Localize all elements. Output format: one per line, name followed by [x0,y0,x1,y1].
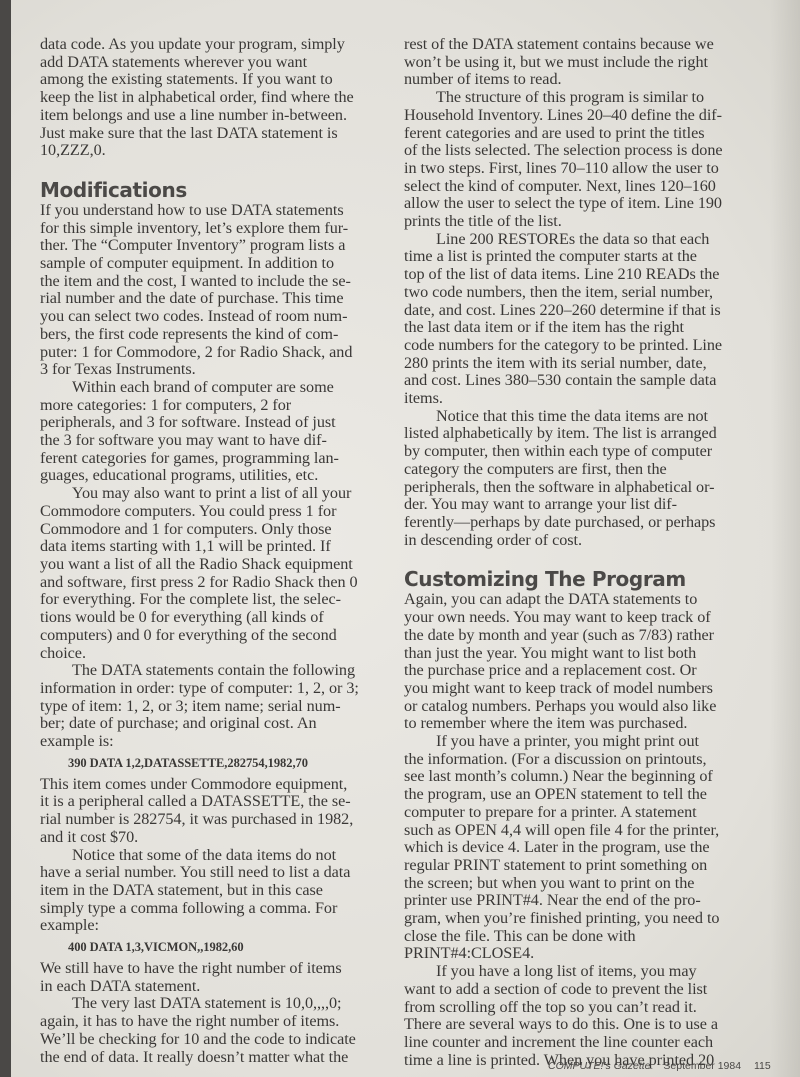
text-line: and cost. Lines 380–530 contain the samp… [404,372,756,390]
text-line: won’t be using it, but we must include t… [404,54,756,72]
text-line: guages, educational programs, utilities,… [40,467,395,485]
text-line: ber; date of purchase; and original cost… [40,715,395,733]
text-line: among the existing statements. If you wa… [40,71,395,89]
text-line: the purchase price and a replacement cos… [404,662,756,680]
text-line: the 3 for software you may want to have … [40,432,395,450]
text-line: in descending order of cost. [404,532,756,550]
text-line: such as OPEN 4,4 will open file 4 for th… [404,822,756,840]
text-line: by computer, then within each type of co… [404,443,756,461]
page-number: 115 [754,1060,771,1072]
text-line: 10,ZZZ,0. [40,142,395,160]
text-line: allow the user to select the type of ite… [404,195,756,213]
text-line: add DATA statements wherever you want [40,54,395,72]
text-line: the screen; but when you want to print o… [404,875,756,893]
text-line: If you have a long list of items, you ma… [404,963,756,981]
text-line: Commodore and 1 for computers. Only thos… [40,521,395,539]
magazine-page: data code. As you update your program, s… [0,0,800,1077]
text-line: Notice that some of the data items do no… [40,847,395,865]
text-line: Notice that this time the data items are… [404,408,756,426]
text-line: PRINT#4:CLOSE4. [404,945,756,963]
text-line: number of items to read. [404,71,756,89]
magazine-name: COMPUTE!’s Gazette [548,1060,651,1072]
text-line: top of the list of data items. Line 210 … [404,266,756,284]
text-line: choice. [40,645,395,663]
text-line: If you understand how to use DATA statem… [40,202,395,220]
text-line: two code numbers, then the item, serial … [404,284,756,302]
text-line: peripherals, then the software in alphab… [404,479,756,497]
paragraph: Again, you can adapt the DATA statements… [404,591,756,733]
text-line: rial number is 282754, it was purchased … [40,811,395,829]
text-line: If you have a printer, you might print o… [404,733,756,751]
text-line: Within each brand of computer are some [40,379,395,397]
paragraph: rest of the DATA statement contains beca… [404,36,756,89]
binding-spine-shadow [0,0,11,1077]
text-line: date, and cost. Lines 220–260 determine … [404,302,756,320]
text-line: This item comes under Commodore equipmen… [40,776,395,794]
text-line: keep the list in alphabetical order, fin… [40,89,395,107]
text-line: information in order: type of computer: … [40,680,395,698]
text-line: simply type a comma following a comma. F… [40,900,395,918]
text-line: printer use PRINT#4. Near the end of the… [404,892,756,910]
text-line: tions would be 0 for everything (all kin… [40,609,395,627]
text-line: code numbers for the category to be prin… [404,337,756,355]
paragraph: This item comes under Commodore equipmen… [40,776,395,847]
text-line: items. [404,390,756,408]
text-line: rest of the DATA statement contains beca… [404,36,756,54]
text-line: the last data item or if the item has th… [404,319,756,337]
text-line: to remember where the item was purchased… [404,715,756,733]
text-line: of the lists selected. The selection pro… [404,142,756,160]
text-line: in each DATA statement. [40,978,395,996]
text-line: have a serial number. You still need to … [40,864,395,882]
text-line: The very last DATA statement is 10,0,,,,… [40,995,395,1013]
text-line: bers, the first code represents the kind… [40,326,395,344]
text-line: item belongs and use a line number in-be… [40,107,395,125]
text-line: type of item: 1, 2, or 3; item name; ser… [40,698,395,716]
text-line: line counter and increment the line coun… [404,1034,756,1052]
paragraph: Notice that some of the data items do no… [40,847,395,936]
section-heading-modifications: Modifications [40,178,395,202]
text-line: want to add a section of code to prevent… [404,981,756,999]
code-example-vicmon: 400 DATA 1,3,VICMON,,1982,60 [40,939,395,956]
text-line: We’ll be checking for 10 and the code to… [40,1031,395,1049]
text-line: example is: [40,733,395,751]
text-line: your own needs. You may want to keep tra… [404,609,756,627]
paragraph: If you have a printer, you might print o… [404,733,756,963]
text-line: sample of computer equipment. In additio… [40,255,395,273]
text-line: it is a peripheral called a DATASSETTE, … [40,793,395,811]
text-line: Household Inventory. Lines 20–40 define … [404,107,756,125]
text-line: ferent categories and are used to print … [404,125,756,143]
paragraph: The structure of this program is similar… [404,89,756,231]
text-line: the item and the cost, I wanted to inclu… [40,273,395,291]
text-line: The DATA statements contain the followin… [40,662,395,680]
text-line: There are several ways to do this. One i… [404,1016,756,1034]
text-line: the end of data. It really doesn’t matte… [40,1049,395,1067]
paragraph: Line 200 RESTOREs the data so that eacht… [404,231,756,408]
text-line: ferently—perhaps by date purchased, or p… [404,514,756,532]
text-line: peripherals, and 3 for software. Instead… [40,414,395,432]
paragraph: We still have to have the right number o… [40,960,395,995]
text-line: listed alphabetically by item. The list … [404,425,756,443]
text-line: see last month’s column.) Near the begin… [404,768,756,786]
text-line: regular PRINT statement to print somethi… [404,857,756,875]
text-line: The structure of this program is similar… [404,89,756,107]
text-line: and software, first press 2 for Radio Sh… [40,574,395,592]
section-heading-customizing: Customizing The Program [404,567,756,591]
text-line: ther. The “Computer Inventory” program l… [40,237,395,255]
text-line: data items starting with 1,1 will be pri… [40,538,395,556]
text-line: Line 200 RESTOREs the data so that each [404,231,756,249]
intro-paragraph: data code. As you update your program, s… [40,36,395,160]
text-line: you want a list of all the Radio Shack e… [40,556,395,574]
paragraph: You may also want to print a list of all… [40,485,395,662]
text-line: 3 for Texas Instruments. [40,361,395,379]
text-line: the date by month and year (such as 7/83… [404,627,756,645]
page-edge-shadow [770,0,800,1077]
issue-date: September 1984 [663,1060,741,1072]
page-footer: COMPUTE!’s Gazette September 1984 115 [548,1060,771,1072]
text-line: for this simple inventory, let’s explore… [40,220,395,238]
text-line: you can select two codes. Instead of roo… [40,308,395,326]
paragraph: If you have a long list of items, you ma… [404,963,756,1069]
text-line: from scrolling off the top so you can’t … [404,999,756,1017]
text-line: than just the year. You might want to li… [404,645,756,663]
text-line: Commodore computers. You could press 1 f… [40,503,395,521]
paragraph: The DATA statements contain the followin… [40,662,395,751]
text-line: puter: 1 for Commodore, 2 for Radio Shac… [40,344,395,362]
text-line: 280 prints the item with its serial numb… [404,355,756,373]
text-line: for everything. For the complete list, t… [40,591,395,609]
text-line: select the kind of computer. Next, lines… [404,178,756,196]
text-line: the program, use an OPEN statement to te… [404,786,756,804]
paragraph: Notice that this time the data items are… [404,408,756,550]
text-line: category the computers are first, then t… [404,461,756,479]
text-line: We still have to have the right number o… [40,960,395,978]
text-line: You may also want to print a list of all… [40,485,395,503]
left-column: data code. As you update your program, s… [40,36,395,1066]
text-line: example: [40,917,395,935]
text-line: the information. (For a discussion on pr… [404,751,756,769]
text-line: der. You may want to arrange your list d… [404,496,756,514]
text-line: computers) and 0 for everything of the s… [40,627,395,645]
text-line: more categories: 1 for computers, 2 for [40,397,395,415]
paragraph: The very last DATA statement is 10,0,,,,… [40,995,395,1066]
code-example-datassette: 390 DATA 1,2,DATASSETTE,282754,1982,70 [40,755,395,772]
text-line: time a list is printed the computer star… [404,248,756,266]
text-line: or catalog numbers. Perhaps you would al… [404,698,756,716]
text-line: prints the title of the list. [404,213,756,231]
text-line: and it cost $70. [40,829,395,847]
text-line: data code. As you update your program, s… [40,36,395,54]
text-line: Again, you can adapt the DATA statements… [404,591,756,609]
text-line: close the file. This can be done with [404,928,756,946]
text-line: you might want to keep track of model nu… [404,680,756,698]
text-line: in two steps. First, lines 70–110 allow … [404,160,756,178]
paragraph: Within each brand of computer are somemo… [40,379,395,485]
right-column: rest of the DATA statement contains beca… [404,36,756,1069]
text-line: rial number and the date of purchase. Th… [40,290,395,308]
text-line: computer to prepare for a printer. A sta… [404,804,756,822]
text-line: item in the DATA statement, but in this … [40,882,395,900]
text-line: gram, when you’re finished printing, you… [404,910,756,928]
text-line: ferent categories for games, programming… [40,450,395,468]
text-line: which is device 4. Later in the program,… [404,839,756,857]
paragraph: If you understand how to use DATA statem… [40,202,395,379]
text-line: again, it has to have the right number o… [40,1013,395,1031]
text-line: Just make sure that the last DATA statem… [40,125,395,143]
